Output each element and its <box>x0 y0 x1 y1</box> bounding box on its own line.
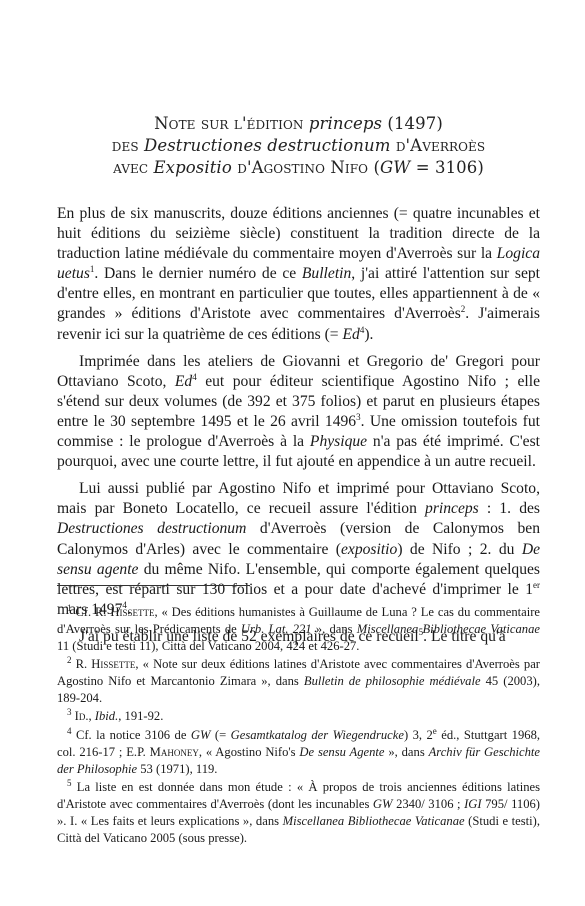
author-name: Id. <box>72 709 89 723</box>
footnotes: 1 Cf. R. Hissette, « Des éditions humani… <box>57 604 540 848</box>
italic-text: princeps <box>425 500 479 517</box>
italic-text: Ibid. <box>95 709 118 723</box>
text: 53 (1971), 119. <box>137 762 217 776</box>
author-name: Hissette <box>110 605 154 619</box>
text: : 1. des <box>479 500 540 517</box>
title-line-1: Note sur l'édition princeps (1497) <box>57 113 540 135</box>
footnote-3: 3 Id., Ibid., 191-92. <box>57 708 540 725</box>
title-text: des <box>112 136 139 155</box>
title-italic: Expositio <box>154 158 232 177</box>
title-italic: GW <box>380 158 410 177</box>
superscript: er <box>533 580 540 590</box>
italic-text: Miscellanea Bibliothecae Vaticanae <box>357 622 540 636</box>
footnote-5: 5 La liste en est donnée dans mon étude … <box>57 779 540 847</box>
text: ). <box>364 326 373 343</box>
title-text: avec <box>113 158 148 177</box>
title-text: (1497) <box>387 114 442 133</box>
title-italic: Destructiones destructionum <box>144 136 390 155</box>
italic-text: GW <box>373 797 393 811</box>
footnote-1: 1 Cf. R. Hissette, « Des éditions humani… <box>57 604 540 655</box>
text: , « Agostino Nifo's <box>199 745 300 759</box>
text: , 191-92. <box>118 709 163 723</box>
paragraph-3: Lui aussi publié par Agostino Nifo et im… <box>57 479 540 620</box>
title-line-3: avec Expositio d'Agostino Nifo (GW = 310… <box>57 157 540 179</box>
italic-text: Bulletin <box>302 265 351 282</box>
text: (= <box>210 728 230 742</box>
title-text: Note sur l'édition <box>154 114 303 133</box>
title-italic: princeps <box>309 114 382 133</box>
italic-text: expositio <box>341 541 397 558</box>
italic-text: Gesamtkatalog der Wiegendrucke <box>231 728 404 742</box>
text: Cf. la notice 3106 de <box>72 728 191 742</box>
author-name: Hissette <box>91 657 135 671</box>
text: ) de Nifo ; 2. du <box>397 541 522 558</box>
italic-text: GW <box>191 728 211 742</box>
title-line-2: des Destructiones destructionum d'Averro… <box>57 135 540 157</box>
footnote-2: 2 R. Hissette, « Note sur deux éditions … <box>57 656 540 707</box>
body-text: En plus de six manuscrits, douze édition… <box>57 204 540 647</box>
text: », dans <box>385 745 429 759</box>
text: », dans <box>312 622 357 636</box>
article-title: Note sur l'édition princeps (1497) des D… <box>57 113 540 179</box>
italic-text: Ed <box>175 373 192 390</box>
title-text: d'Agostino Nifo <box>237 158 368 177</box>
footnote-4: 4 Cf. la notice 3106 de GW (= Gesamtkata… <box>57 727 540 778</box>
italic-text: Urb. Lat. 221 <box>241 622 312 636</box>
footnote-separator <box>57 585 250 586</box>
text: Cf. R. <box>72 605 111 619</box>
italic-text: Destructiones destructionum <box>57 520 246 537</box>
italic-text: Physique <box>310 433 367 450</box>
paragraph-2: Imprimée dans les ateliers de Giovanni e… <box>57 352 540 473</box>
title-text: = 3106) <box>416 158 484 177</box>
text: En plus de six manuscrits, douze édition… <box>57 205 540 262</box>
italic-text: De sensu Agente <box>299 745 384 759</box>
author-name: Mahoney <box>150 745 199 759</box>
title-text: d'Averroès <box>396 136 485 155</box>
italic-text: IGI <box>464 797 481 811</box>
italic-text: Miscellanea Bibliothecae Vaticanae <box>283 814 465 828</box>
italic-text: Bulletin de philosophie médiévale <box>304 674 481 688</box>
text: ) 3, 2 <box>404 728 433 742</box>
text: R. <box>72 657 92 671</box>
text: . Dans le dernier numéro de ce <box>94 265 301 282</box>
italic-text: Ed <box>342 326 359 343</box>
text: 2340/ 3106 ; <box>393 797 465 811</box>
paragraph-1: En plus de six manuscrits, douze édition… <box>57 204 540 345</box>
text: 11 (Studi e testi 11), Città del Vatican… <box>57 639 359 653</box>
